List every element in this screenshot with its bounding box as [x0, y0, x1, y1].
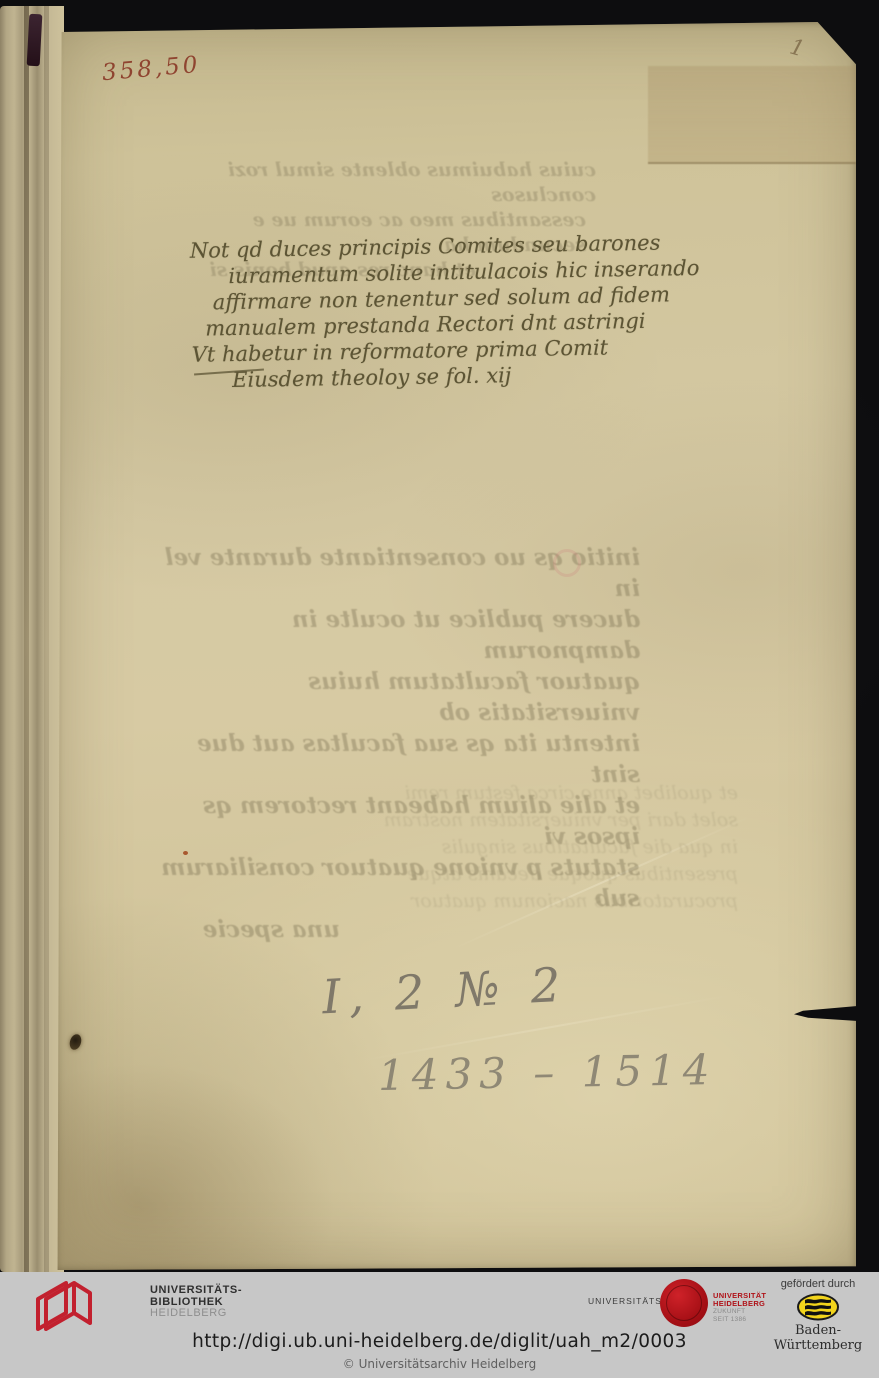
digilit-url: http://digi.ub.uni-heidelberg.de/diglit/…: [0, 1331, 879, 1352]
spine-groove: [44, 6, 49, 1272]
scan-stage: 358,50 1 cuius habuimus oblente simul ro…: [0, 0, 879, 1378]
library-book-icon: [28, 1280, 132, 1332]
edge-tear: [794, 1006, 858, 1021]
endband: [27, 14, 43, 67]
showthrough-line: procuratoribus nacionum quatuor: [268, 888, 738, 915]
library-name: UNIVERSITÄTS- BIBLIOTHEK HEIDELBERG: [150, 1285, 242, 1320]
baden-wuerttemberg-crest-icon: [796, 1293, 840, 1321]
spine-groove: [24, 6, 29, 1272]
parchment-page: 358,50 1 cuius habuimus oblente simul ro…: [56, 22, 856, 1270]
shelfmark-old: 358,50: [101, 52, 201, 86]
showthrough-line: in qua die facultatibus singulis: [268, 834, 738, 861]
digitization-footer: UNIVERSITÄTS- BIBLIOTHEK HEIDELBERG UNIV…: [0, 1272, 879, 1378]
showthrough-line: una specie: [154, 914, 340, 945]
university-logo-line: ZUKUNFT: [713, 1308, 766, 1316]
stain: [56, 1062, 336, 1270]
showthrough-text-lower: et quolibet anno circa festum remi solet…: [268, 780, 738, 915]
pencil-date-range: 1433 – 1514: [378, 1045, 717, 1100]
note-line: Eiusdem theoloy se fol. xij: [232, 360, 622, 393]
library-name-line: HEIDELBERG: [150, 1308, 242, 1320]
pencil-shelfmark: I, 2 № 2: [321, 958, 570, 1026]
showthrough-line: cuius habuimus oblente simul rozi conclu…: [156, 158, 596, 208]
university-logo-line: HEIDELBERG: [713, 1300, 766, 1308]
university-logo-line: SEIT 1386: [713, 1316, 766, 1324]
university-seal-icon: [660, 1279, 708, 1327]
library-name-line: UNIVERSITÄTS-: [150, 1285, 242, 1297]
university-logo-text: UNIVERSITÄT HEIDELBERG ZUKUNFT SEIT 1386: [713, 1292, 766, 1323]
showthrough-line: solet dari per vniuersitatem nostram: [268, 807, 738, 834]
worm-hole: [68, 1033, 83, 1052]
showthrough-line: ducere publice ut oculte in dampnorum: [154, 604, 640, 666]
faint-seal-ring: [553, 549, 581, 577]
book-spine: [0, 6, 64, 1272]
funding-label: gefördert durch: [762, 1278, 874, 1290]
showthrough-line: et quolibet anno circa festum remi: [268, 780, 738, 807]
showthrough-line: quatuor facultatum huius vniuersitatis o…: [154, 666, 640, 728]
showthrough-line: presentibus quoque decanis atque: [268, 861, 738, 888]
ink-speck: [183, 851, 188, 855]
folio-number: 1: [787, 35, 807, 63]
corner-repair-patch: [648, 66, 856, 164]
copyright-line: © Universitätsarchiv Heidelberg: [0, 1357, 879, 1371]
